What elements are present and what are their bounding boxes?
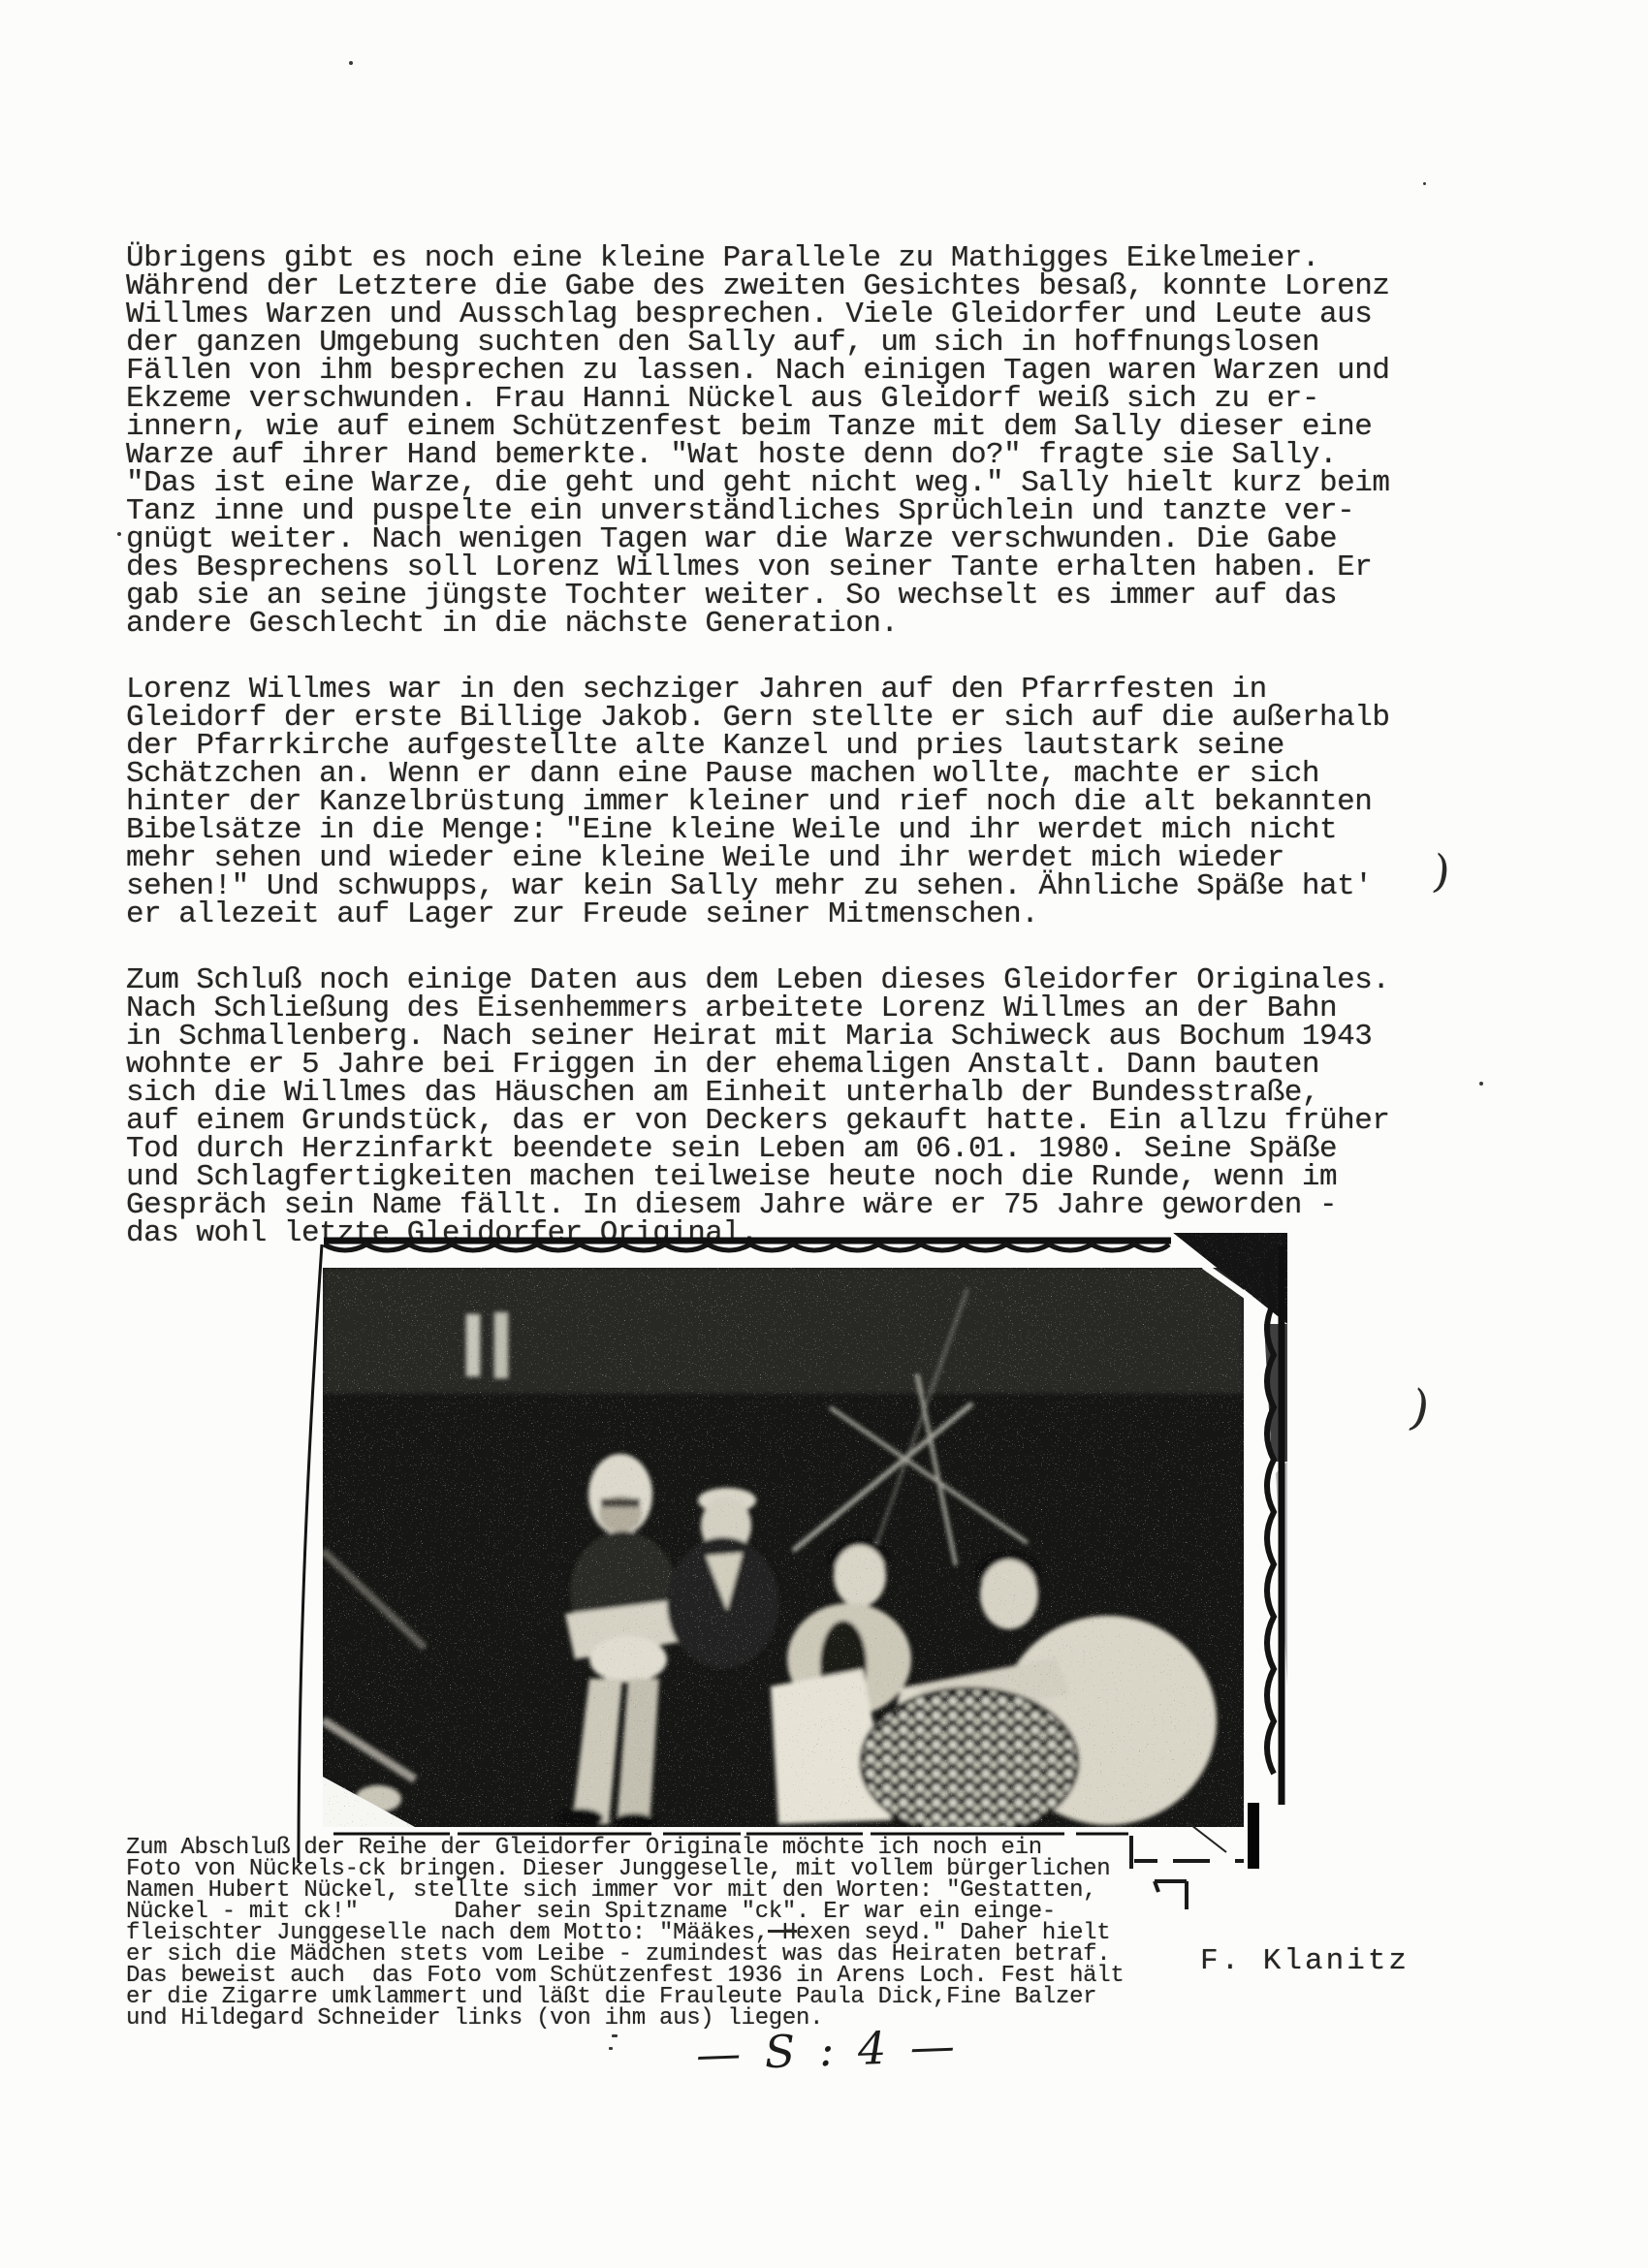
- margin-paren-mark-2: ): [1405, 1379, 1435, 1438]
- scan-speck: [609, 2047, 613, 2050]
- scan-speck: [1423, 182, 1426, 185]
- ck-underline-mark: [768, 1930, 797, 1933]
- scan-speck: [612, 2034, 618, 2037]
- scan-speck: [349, 61, 353, 65]
- paragraph-2: Lorenz Willmes war in den sechziger Jahr…: [126, 676, 1522, 929]
- photo: [289, 1231, 1309, 1921]
- scanned-document-page: Übrigens gibt es noch eine kleine Parall…: [0, 0, 1648, 2268]
- scan-speck: [117, 532, 121, 536]
- scan-speck: [1479, 1082, 1483, 1086]
- main-text-block: Übrigens gibt es noch eine kleine Parall…: [126, 244, 1522, 1285]
- photo-caption: Zum Abschluß der Reihe der Gleidorfer Or…: [126, 1838, 1212, 2030]
- handwritten-page-number: — S : 4 —: [695, 2019, 960, 2080]
- paragraph-1: Übrigens gibt es noch eine kleine Parall…: [126, 244, 1522, 638]
- paragraph-3: Zum Schluß noch einige Daten aus dem Leb…: [126, 966, 1522, 1247]
- attribution: F. Klanitz: [1200, 1944, 1410, 1978]
- photo-svg: [289, 1231, 1309, 1921]
